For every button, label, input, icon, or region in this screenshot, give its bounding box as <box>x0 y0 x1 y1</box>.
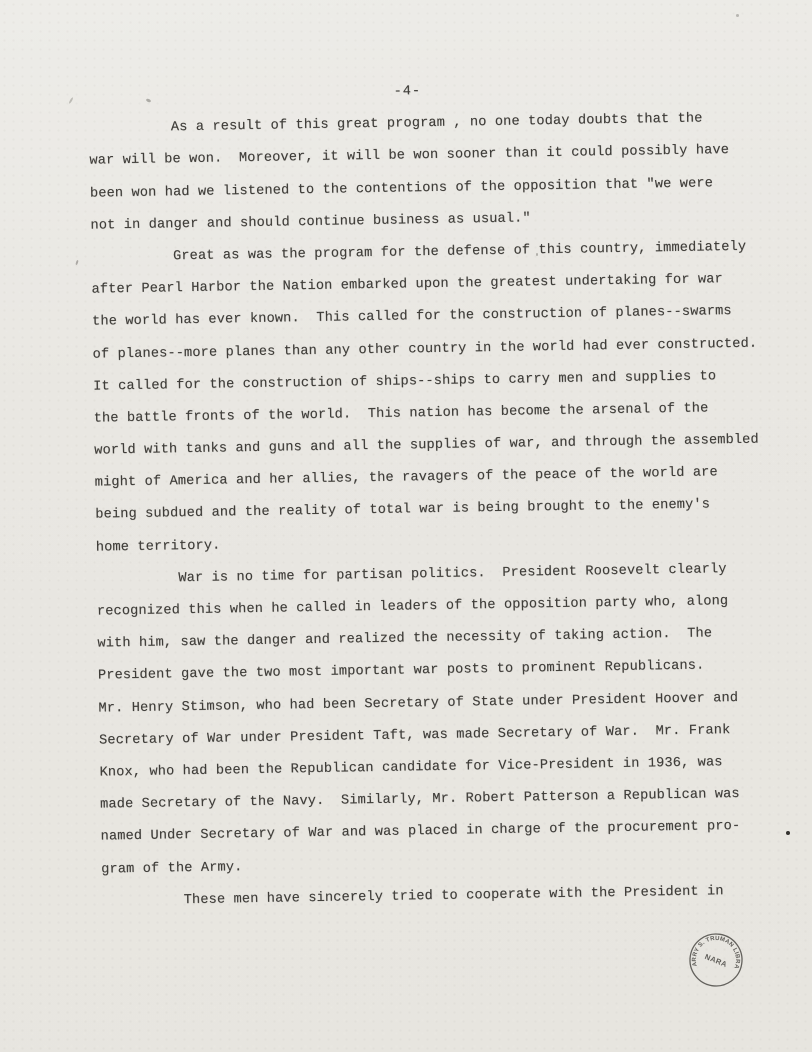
svg-text:HARRY S. TRUMAN LIBRARY: HARRY S. TRUMAN LIBRARY <box>676 920 747 974</box>
paper-speck <box>536 253 538 256</box>
scanned-document-page: -4- As a result of this great program , … <box>0 0 812 1052</box>
paper-speck <box>786 831 790 835</box>
paper-speck <box>736 14 739 17</box>
truman-library-stamp: HARRY S. TRUMAN LIBRARY NARA <box>676 920 756 1000</box>
stamp-ring-text: HARRY S. TRUMAN LIBRARY <box>676 920 747 974</box>
paper-speck <box>68 97 73 104</box>
paper-speck <box>75 260 78 265</box>
typewritten-text-block: -4- As a result of this great program , … <box>88 70 774 918</box>
stamp-center-text: NARA <box>704 952 729 969</box>
